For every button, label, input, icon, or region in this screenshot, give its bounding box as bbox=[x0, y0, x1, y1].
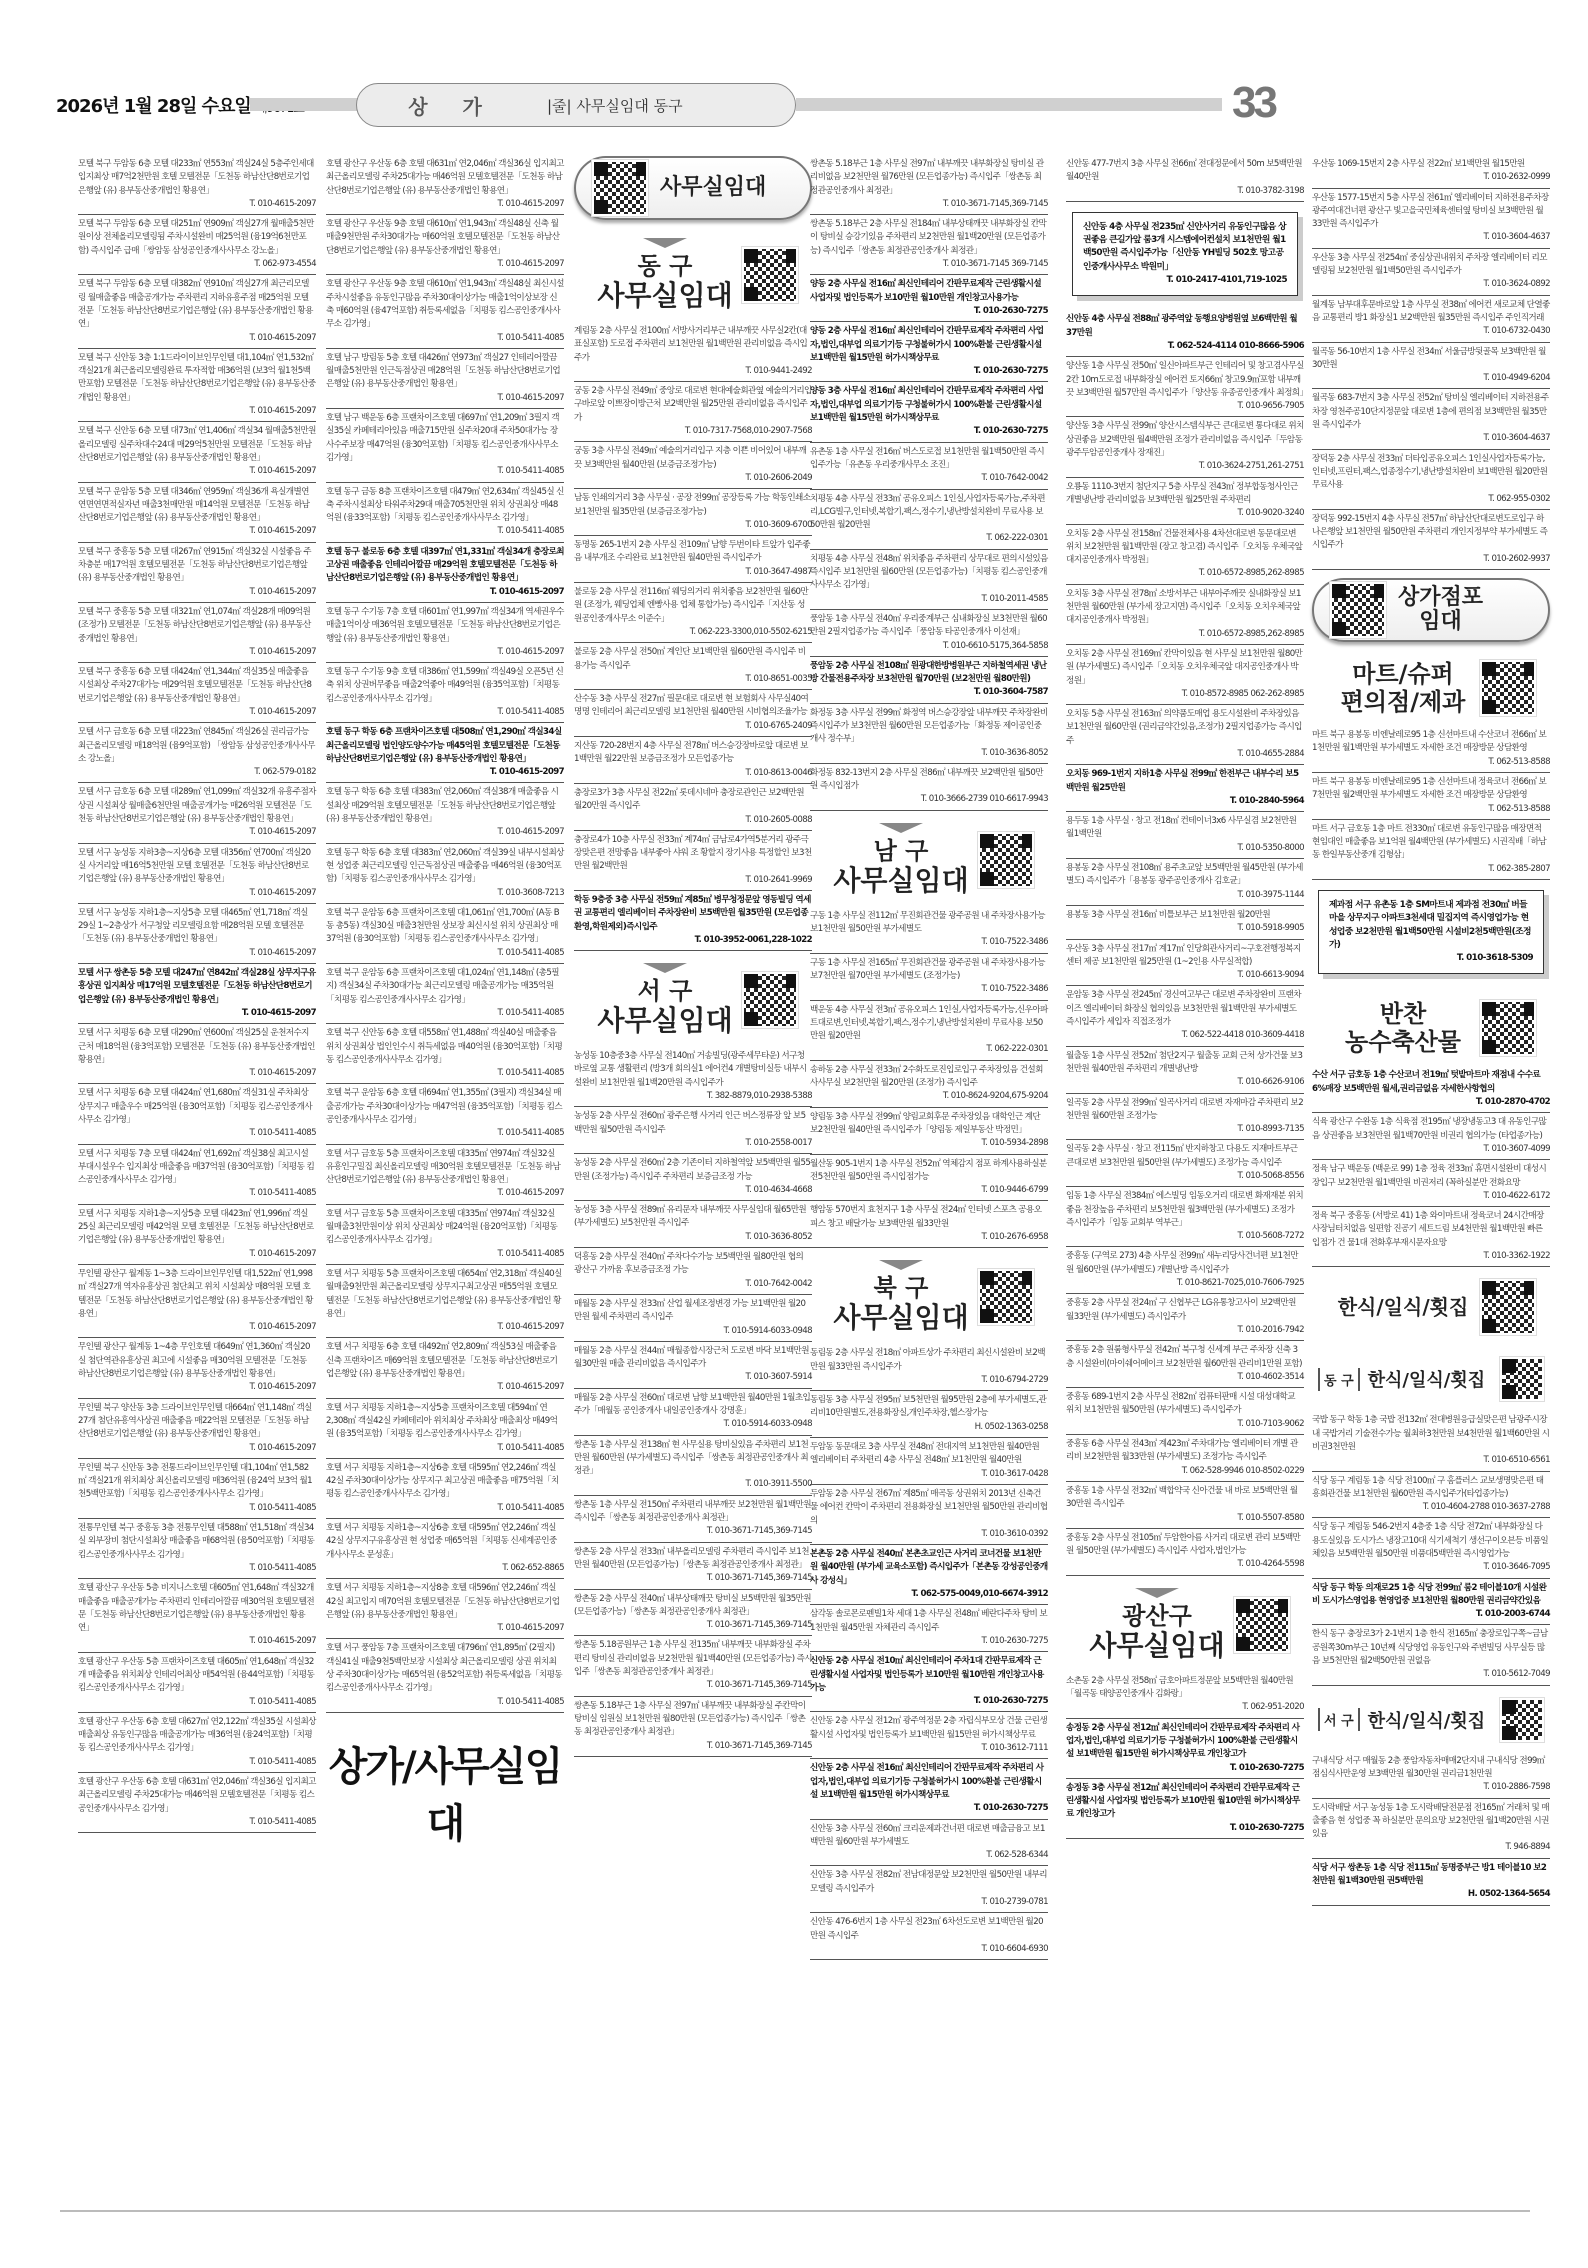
ad-phone[interactable]: T. 010-2676-6958 bbox=[810, 1231, 1048, 1244]
ad-phone[interactable]: T. 010-4615-2097 bbox=[78, 525, 316, 538]
ad-phone[interactable]: T. 010-2630-7275 bbox=[810, 1695, 1048, 1708]
ad-phone[interactable]: T. 010-3636-8052 bbox=[810, 747, 1048, 760]
ad-text: 두암동 2층 사무실 전67㎡ 계85㎡ 매곡동 상권위치 2013년 신축건물… bbox=[810, 1489, 1047, 1526]
classified-ad: 불로동 2층 사무실 전50㎡ 계인단 보1백만원 월60만원 즉시입주 비용가… bbox=[574, 643, 812, 690]
ad-phone[interactable]: T. 010-3671-7145,369-7145 bbox=[574, 1572, 812, 1585]
classified-ad: 호텔 서구 금호동 5층 프랜차이즈호텔 대335㎡ 연974㎡ 객실32실 월… bbox=[326, 1205, 564, 1265]
ad-phone[interactable]: T. 946-8894 bbox=[1312, 1841, 1550, 1854]
ad-phone[interactable]: T. 010-4615-2097 bbox=[326, 258, 564, 271]
ad-phone[interactable]: T. 010-4615-2097 bbox=[78, 1248, 316, 1261]
ad-phone[interactable]: T. 062-385-2807 bbox=[1312, 863, 1550, 876]
ad-phone[interactable]: T. 010-4615-2097 bbox=[78, 826, 316, 839]
classified-ad: 식당 서구 쌍촌동 1층 식당 전115㎡ 동명중부근 방1 테이블10 보2천… bbox=[1312, 1859, 1550, 1906]
classified-ad: 지산동 720-28번지 4층 사무실 전78㎡ 버스승강장바로앞 대로변 보1… bbox=[574, 737, 812, 784]
classified-ad: 용봉동 3층 사무실 전16㎡ 비틀보부근 보1천만원 월20만원T. 010-… bbox=[1066, 906, 1304, 940]
classified-ad: 화정동 3층 사무실 전99㎡ 화정역 버스승강장앞 내부깨끗 주차장완비 즉시… bbox=[810, 704, 1048, 764]
ad-text: 호텔 남구 방림동 5층 호텔 대426㎡ 연973㎡ 객실27 인테리어깔끔 … bbox=[326, 353, 560, 390]
classified-ad: 쌍촌동 1층 사무실 전150㎡ 주차편리 내부깨끗 보2천만원 월1백만원 즉… bbox=[574, 1496, 812, 1543]
ad-phone[interactable]: T. 010-4615-2097 bbox=[326, 1381, 564, 1394]
ad-phone[interactable]: T. 010-5411-4085 bbox=[326, 1127, 564, 1140]
ad-phone[interactable]: T. 062-575-0049,010-6674-3912 bbox=[810, 1588, 1048, 1601]
ad-phone[interactable]: T. 010-4615-2097 bbox=[78, 1067, 316, 1080]
ad-phone[interactable]: T. 010-2558-0017 bbox=[574, 1137, 812, 1150]
ad-phone[interactable]: T. 010-2630-7275 bbox=[1066, 1762, 1304, 1775]
ad-text: 쌍촌동 2층 사무실 전33㎡ 내부올리모델링 주차편리 즉시입주 보1천만원 … bbox=[574, 1547, 809, 1570]
ad-text: 호텔 동구 학동 6층 프랜차이즈호텔 대508㎡ 연1,290㎡ 객실34실 … bbox=[326, 727, 562, 764]
classified-ad: 호텔 서구 치평동 지하1층~지상8층 호텔 대596㎡ 연2,246㎡ 객실4… bbox=[326, 1579, 564, 1639]
ad-text: 모텔 북구 운암동 5층 모텔 대346㎡ 연959㎡ 객실36개 욕실개별연 … bbox=[78, 487, 309, 524]
ad-phone[interactable]: T. 010-3612-7111 bbox=[810, 1742, 1048, 1755]
qr-code-icon[interactable] bbox=[978, 1269, 1034, 1325]
ad-phone[interactable]: T. 010-5350-8000 bbox=[1066, 842, 1304, 855]
ad-phone[interactable]: T. 010-4615-2097 bbox=[326, 766, 564, 779]
ad-phone[interactable]: T. 010-4615-2097 bbox=[78, 1635, 316, 1648]
ad-phone[interactable]: T. 010-4615-2097 bbox=[326, 826, 564, 839]
qr-code-icon[interactable] bbox=[1330, 582, 1386, 638]
classified-ad: 농성동 10층중3층 사무실 전140㎡ 거송빌딩(광주세무타운) 서구청바로옆… bbox=[574, 1047, 812, 1107]
ad-phone[interactable]: T. 010-3608-7213 bbox=[326, 887, 564, 900]
classified-ad: 계림동 2층 사무실 전100㎡ 서방사거리부근 내부깨끗 사무실2칸(대표실포… bbox=[574, 322, 812, 382]
ad-text: 모텔 서구 치평동 6층 모텔 대424㎡ 연1,680㎡ 객실31실 주차최상… bbox=[78, 1088, 312, 1125]
ad-phone[interactable]: T. 010-4615-2097 bbox=[78, 405, 316, 418]
classified-ad: 모텔 서구 금호동 6층 모텔 대223㎡ 연845㎡ 객실26실 권리금가능 … bbox=[78, 723, 316, 783]
classified-ad: 월곡동 683-7번지 3층 사무실 전52㎡ 탕비실 엘리베이터 지하전용주차… bbox=[1312, 389, 1550, 449]
ad-text: 학동 9층중 3층 사무실 전59㎡ 계85㎡ 병무청정문앞 영동빌딩 역세권 … bbox=[574, 895, 811, 932]
ad-phone[interactable]: T. 010-4615-2097 bbox=[78, 646, 316, 659]
ad-phone[interactable]: T. 010-4615-2097 bbox=[78, 1381, 316, 1394]
ad-phone[interactable]: T. 010-5612-7049 bbox=[1312, 1668, 1550, 1681]
ad-phone[interactable]: T. 010-2870-4702 bbox=[1312, 1096, 1550, 1109]
classified-ad: 궁동 2층 사무실 전49㎡ 중앙로 대로변 현대예술회관옆 예술의거리입구바로… bbox=[574, 382, 812, 442]
classified-ad: 모텔 북구 두암동 6층 모텔 대251㎡ 연909㎡ 객실27개 월매출5천만… bbox=[78, 215, 316, 275]
qr-code-icon[interactable] bbox=[1480, 660, 1536, 716]
ad-text: 국밥 동구 학동 1층 국밥 전132㎡ 전대병원응급실맞은편 남광주시장내 국… bbox=[1312, 1415, 1549, 1452]
classified-ad: 신안동 476-6번지 1층 사무실 전23㎡ 6차선도로변 보1백만원 월20… bbox=[810, 1913, 1048, 1960]
ad-phone[interactable]: T. 062-524-4114 010-8666-5906 bbox=[1066, 340, 1304, 353]
ad-phone[interactable]: T. 010-2886-7598 bbox=[1312, 1781, 1550, 1794]
down-arrow-icon bbox=[1135, 1588, 1179, 1598]
ad-phone[interactable]: T. 010-2003-6744 bbox=[1312, 1608, 1550, 1621]
classified-ad: 마트 북구 용봉동 비엔날레로95 1층 신선마트내 정육코너 전66㎡ 보7천… bbox=[1312, 773, 1550, 820]
classified-ad: 모텔 북구 운암동 5층 모텔 대346㎡ 연959㎡ 객실36개 욕실개별연 … bbox=[78, 483, 316, 543]
ad-text: 마트 북구 용봉동 비엔날레로95 1층 신선마트내 정육코너 전66㎡ 보7천… bbox=[1312, 777, 1546, 800]
ad-phone[interactable]: T. 010-4615-2097 bbox=[78, 332, 316, 345]
classified-ad: 모텔 서구 쌍촌동 5층 모텔 대247㎡ 연842㎡ 객실28실 상무지구유흥… bbox=[78, 964, 316, 1024]
classified-ad: 호텔 북구 신안동 6층 호텔 대558㎡ 연1,488㎡ 객실40실 매출좋음… bbox=[326, 1024, 564, 1084]
ad-phone[interactable]: T. 010-3952-0061,228-1022 bbox=[574, 934, 812, 947]
ad-phone[interactable]: T. 010-5411-4085 bbox=[78, 1562, 316, 1575]
classified-ad: 동림동 2층 사무실 전18㎡ 아파트상가 주차편리 최신시설완비 보2백만원 … bbox=[810, 1344, 1048, 1391]
ad-text: 호텔 동구 금동 8층 프랜차이즈호텔 대479㎡ 연2,634㎡ 객실45실 … bbox=[326, 487, 564, 524]
ad-text: 식당 동구 계림동 546-2번지 4층중 1층 식당 전72㎡ 내부화장실 다… bbox=[1312, 1522, 1548, 1559]
ad-phone[interactable]: T. 010-5507-8580 bbox=[1066, 1512, 1304, 1525]
ad-phone[interactable]: T. 010-2417-4101,719-1025 bbox=[1083, 274, 1287, 287]
ad-text: 지산동 720-28번지 4층 사무실 전78㎡ 버스승강장바로앞 대로변 보1… bbox=[574, 741, 808, 764]
ad-phone[interactable]: T. 010-3671-7145,369-7145 bbox=[574, 1679, 812, 1692]
ad-text: 호텔 북구 운암동 6층 프랜차이즈호텔 대1,024㎡ 연1,148㎡ (총5… bbox=[326, 968, 559, 1005]
section-pill: 상 가 |줄| 사무실임대 동구 bbox=[356, 83, 796, 127]
ad-text: 호텔 동구 학동 6층 호텔 대383㎡ 연2,060㎡ 객실39실 내부시설최… bbox=[326, 848, 564, 885]
ad-phone[interactable]: T. 010-8572-8985 062-262-8985 bbox=[1066, 688, 1304, 701]
ad-text: 화정동 832-13번지 2층 사무실 전86㎡ 내부깨끗 보2백만원 월50만… bbox=[810, 768, 1043, 791]
ad-phone[interactable]: T. 010-4622-6172 bbox=[1312, 1190, 1550, 1203]
ad-phone[interactable]: T. 010-2632-0999 bbox=[1312, 171, 1550, 184]
classified-ad: 모텔 북구 중흥동 6층 모텔 대424㎡ 연1,344㎡ 객실35실 매출좋음… bbox=[78, 663, 316, 723]
ad-phone[interactable]: T. 010-9020-3240 bbox=[1066, 507, 1304, 520]
ad-phone[interactable]: T. 010-4615-2097 bbox=[78, 198, 316, 211]
ad-phone[interactable]: T. 010-5914-6033-0948 bbox=[574, 1418, 812, 1431]
qr-code-icon[interactable] bbox=[1234, 1597, 1290, 1653]
ad-text: 모텔 북구 두암동 6층 모텔 대233㎡ 연553㎡ 객실24실 5층주인세대… bbox=[78, 159, 314, 196]
ad-phone[interactable]: T. 010-5411-4085 bbox=[326, 1007, 564, 1020]
ad-phone[interactable]: T. 010-3624-0892 bbox=[1312, 278, 1550, 291]
ad-phone[interactable]: T. 010-6610-5175,364-5858 bbox=[810, 640, 1048, 653]
classified-ad: 쌍촌동 5.18부근 1층 사무실 전97㎡ 내부깨끗 내부화장실 탕비실 관리… bbox=[810, 155, 1048, 215]
classified-ad: 월곡동 56-10번지 1층 사무실 전34㎡ 서울금방뒷골목 보3백만원 월3… bbox=[1312, 343, 1550, 390]
ad-text: 쌍촌동 5.18부근 1층 사무실 전97㎡ 내부깨끗 내부화장실 탕비실 관리… bbox=[810, 159, 1044, 196]
section-header-seo-gu: 서 구 사무실임대 bbox=[574, 951, 812, 1047]
ad-phone[interactable]: T. 062-513-8588 bbox=[1312, 756, 1550, 769]
qr-code-icon[interactable] bbox=[1480, 1000, 1536, 1056]
ad-phone[interactable]: T. 062-522-4418 010-3609-4418 bbox=[1066, 1029, 1304, 1042]
ad-phone[interactable]: T. 010-7642-0042 bbox=[574, 1278, 812, 1291]
classified-ad: 용두동 1층 사무실 · 창고 전18㎡ 컨테이너3x6 사무실겸 보2천만원 … bbox=[1066, 812, 1304, 859]
ad-phone[interactable]: T. 010-4615-2097 bbox=[78, 1321, 316, 1334]
office-rental-pill-header: 사무실임대 bbox=[574, 156, 812, 220]
ad-text: 신안동 476-6번지 1층 사무실 전23㎡ 6차선도로변 보1백만원 월20… bbox=[810, 1917, 1043, 1940]
ad-text: 신안동 4층 사무실 전88㎡ 광주역앞 동행요양병원옆 보6백만원 월37만원 bbox=[1066, 314, 1297, 337]
ad-phone[interactable]: T. 062-579-0182 bbox=[78, 766, 316, 779]
classified-ad: 화정동 832-13번지 2층 사무실 전86㎡ 내부깨끗 보2백만원 월50만… bbox=[810, 764, 1048, 811]
ad-phone[interactable]: T. 010-5411-4085 bbox=[326, 465, 564, 478]
ad-phone[interactable]: T. 010-7522-3486 bbox=[810, 936, 1048, 949]
ad-phone[interactable]: T. 010-8613-0046 bbox=[574, 767, 812, 780]
classified-ad: 송정동 2층 사무실 전12㎡ 최신인테리어 간판무료제작 주차편리 사업자,법… bbox=[1066, 1719, 1304, 1779]
classified-ad: 모텔 북구 신안동 6층 모텔 대73㎡ 연1,406㎡ 객실34 월매출5천만… bbox=[78, 422, 316, 482]
classified-ad: 쌍촌동 5.18부근 1층 사무실 전97㎡ 내부깨끗 내부화장실 주칸막이 탕… bbox=[574, 1697, 812, 1757]
ad-phone[interactable]: T. 010-5411-4085 bbox=[78, 1187, 316, 1200]
ad-phone[interactable]: T. 010-3617-0428 bbox=[810, 1468, 1048, 1481]
ad-phone[interactable]: T. 010-2630-7275 bbox=[810, 305, 1048, 318]
ad-phone[interactable]: T. 010-5411-4085 bbox=[326, 1502, 564, 1515]
classified-ad: 장덕동 992-15번지 4층 사무실 전57㎡ 하남산단대로변도로입구 하나은… bbox=[1312, 510, 1550, 570]
ad-phone[interactable]: T. 010-5411-4085 bbox=[326, 1442, 564, 1455]
ad-phone[interactable]: T. 010-2605-0088 bbox=[574, 814, 812, 827]
ad-phone[interactable]: T. 010-2630-7275 bbox=[810, 425, 1048, 438]
ad-phone[interactable]: T. 062-513-8588 bbox=[1312, 803, 1550, 816]
ad-phone[interactable]: T. 010-4615-2097 bbox=[326, 1321, 564, 1334]
ad-text: 쌍촌동 5.18부근 1층 사무실 전97㎡ 내부깨끗 내부화장실 주칸막이 탕… bbox=[574, 1701, 805, 1738]
ad-phone[interactable]: T. 010-5411-4085 bbox=[326, 1696, 564, 1709]
classified-ad: 구동 1층 사무실 전165㎡ 무진회관건물 광주공원 내 주차장사용가능 보7… bbox=[810, 954, 1048, 1001]
classified-ad: 행암동 570번지 효천지구 1층 사무실 전24㎡ 인터넷 스포츠 공용오피스… bbox=[810, 1201, 1048, 1248]
ad-phone[interactable]: T. 010-3646-7095 bbox=[1312, 1561, 1550, 1574]
ad-phone[interactable]: T. 010-5068-8556 bbox=[1066, 1170, 1304, 1183]
classified-ad: 마트 북구 용봉동 비엔날레로95 1층 신선마트내 수산코너 전66㎡ 보1천… bbox=[1312, 726, 1550, 773]
ad-text: 식당 동구 계림동 1층 식당 전100㎡ 구 홈플러스 교보생명맞은편 태흥회… bbox=[1312, 1476, 1544, 1499]
qr-code-icon[interactable] bbox=[742, 247, 798, 303]
ad-phone[interactable]: T. 062-951-2020 bbox=[1066, 1701, 1304, 1714]
ad-phone[interactable]: T. 010-2630-7275 bbox=[810, 365, 1048, 378]
ad-phone[interactable]: T. 010-7642-0042 bbox=[810, 472, 1048, 485]
ad-phone[interactable]: T. 382-8879,010-2938-5388 bbox=[574, 1090, 812, 1103]
ad-phone[interactable]: T. 010-5411-4085 bbox=[326, 706, 564, 719]
ad-phone[interactable]: T. 062-955-0302 bbox=[1312, 493, 1550, 506]
ad-phone[interactable]: T. 010-3636-8052 bbox=[574, 1231, 812, 1244]
qr-code-icon[interactable] bbox=[742, 972, 798, 1028]
ad-phone[interactable]: T. 010-9446-6799 bbox=[810, 1184, 1048, 1197]
ad-phone[interactable]: T. 010-7103-9062 bbox=[1066, 1418, 1304, 1431]
ad-phone[interactable]: T. 010-2630-7275 bbox=[810, 1635, 1048, 1648]
ad-text: 송정동 2층 사무실 전12㎡ 최신인테리어 간판무료제작 주차편리 사업자,법… bbox=[1066, 1723, 1299, 1760]
ad-phone[interactable]: T. 010-3671-7145,369-7145 bbox=[574, 1525, 812, 1538]
ad-phone[interactable]: T. 010-4655-2884 bbox=[1066, 748, 1304, 761]
ad-phone[interactable]: T. 010-3609-6700 bbox=[574, 519, 812, 532]
classified-ad: 호텔 동구 학동 6층 호텔 대383㎡ 연2,060㎡ 객실38개 매출좋음 … bbox=[326, 783, 564, 843]
classified-ad: 신안동 2층 사무실 전12㎡ 광주역정문 2층 자립식부모상 건물 근린생활시… bbox=[810, 1712, 1048, 1759]
ad-phone[interactable]: T. 010-3624-2751,261-2751 bbox=[1066, 460, 1304, 473]
ad-text: 오치동 969-1번지 지하1층 사무실 전99㎡ 한전부근 내부수리 보5백만… bbox=[1066, 769, 1298, 792]
ad-phone[interactable]: T. 010-5411-4085 bbox=[78, 1502, 316, 1515]
ad-text: 호텔 광산구 우산동 5층 비지니스호텔 대605㎡ 연1,648㎡ 객실32개… bbox=[78, 1583, 314, 1633]
ad-text: 호텔 광산구 우산동 6층 호텔 대627㎡ 연2,122㎡ 객실35실 시설최… bbox=[78, 1717, 316, 1754]
column-1: 모텔 북구 두암동 6층 모텔 대233㎡ 연553㎡ 객실24실 5층주인세대… bbox=[78, 155, 316, 1833]
classified-ad: 송정동 3층 사무실 전12㎡ 최신인테리어 주차편리 간판무료제작 근린생활시… bbox=[1066, 1779, 1304, 1839]
ad-phone[interactable]: T. 010-3666-2739 010-6617-9943 bbox=[810, 793, 1048, 806]
classified-ad: 신안동 4층 사무실 전235㎡ 신안사거리 유동인구많음 상권좋음 큰길가앞 … bbox=[1072, 212, 1298, 296]
ad-phone[interactable]: T. 010-2606-2049 bbox=[574, 472, 812, 485]
store-rental-pill-header: 상가점포 임대 bbox=[1312, 578, 1550, 642]
ad-text: 모텔 서구 농성동 지하1층~지상5층 모텔 대465㎡ 연1,718㎡ 객실2… bbox=[78, 908, 308, 945]
ad-phone[interactable]: T. 010-4264-5598 bbox=[1066, 1558, 1304, 1571]
ad-phone[interactable]: T. 010-4949-6204 bbox=[1312, 372, 1550, 385]
classified-ad: 산수동 3층 사무실 전27㎡ 필문대로 대로변 현 보험회사 사무실40여명명… bbox=[574, 690, 812, 737]
ad-phone[interactable]: H. 0502-1364-5654 bbox=[1312, 1888, 1550, 1901]
ad-phone[interactable]: T. 010-4615-2097 bbox=[326, 1622, 564, 1635]
ad-phone[interactable]: T. 010-2840-5964 bbox=[1066, 795, 1304, 808]
ad-phone[interactable]: T. 010-4615-2097 bbox=[78, 1007, 316, 1020]
ad-text: 오룡동 1110-3번지 첨단지구 5층 사무실 전43㎡ 정부합동청사인근 개… bbox=[1066, 482, 1298, 505]
ad-phone[interactable]: T. 010-5411-4085 bbox=[326, 525, 564, 538]
ad-phone[interactable]: T. 062-528-6344 bbox=[810, 1849, 1048, 1862]
ad-phone[interactable]: T. 010-3610-0392 bbox=[810, 1528, 1048, 1541]
ad-phone[interactable]: T. 010-2641-9969 bbox=[574, 874, 812, 887]
ad-phone[interactable]: T. 010-8621-7025,010-7606-7925 bbox=[1066, 1277, 1304, 1290]
ad-phone[interactable]: T. 062-222-0301 bbox=[810, 532, 1048, 545]
classified-ad: 호텔 광산구 우산동 9층 호텔 대610㎡ 연1,943㎡ 객실48실 신축 … bbox=[326, 215, 564, 275]
subheader-dong-hansik: 동 구 한식/일식/횟집 bbox=[1312, 1345, 1550, 1411]
column-5: 신안동 477-7번지 3층 사무실 전66㎡ 전대정문에서 50m 보5백만원… bbox=[1066, 155, 1304, 1839]
ad-text: 쌍촌동 1층 사무실 전150㎡ 주차편리 내부깨끗 보2천만원 월1백만원 즉… bbox=[574, 1500, 811, 1523]
classified-ad: 오치동 969-1번지 지하1층 사무실 전99㎡ 한전부근 내부수리 보5백만… bbox=[1066, 765, 1304, 812]
qr-code-icon[interactable] bbox=[1480, 1279, 1536, 1335]
ad-phone[interactable]: T. 010-6604-6930 bbox=[810, 1943, 1048, 1956]
ad-text: 신안동 3층 사무실 전60㎡ 크리운제과건너편 대로변 매출금융고 보1백만원… bbox=[810, 1824, 1045, 1847]
classified-ad: 송하동 2층 사무실 전33㎡ 2수화도로진입로입구 주차장있음 건설회사사무실… bbox=[810, 1061, 1048, 1108]
ad-phone[interactable]: T. 010-6732-0430 bbox=[1312, 325, 1550, 338]
ad-phone[interactable]: T. 010-8993-7135 bbox=[1066, 1123, 1304, 1136]
ad-phone[interactable]: T. 010-8651-0035 bbox=[574, 673, 812, 686]
ad-phone[interactable]: T. 010-5411-4085 bbox=[326, 332, 564, 345]
ad-text: 동림동 2층 사무실 전18㎡ 아파트상가 주차편리 최신시설완비 보2백만원 … bbox=[810, 1348, 1045, 1371]
ad-phone[interactable]: T. 010-4615-2097 bbox=[78, 465, 316, 478]
ad-phone[interactable]: T. 010-6510-6561 bbox=[1312, 1454, 1550, 1467]
ad-phone[interactable]: T. 062-973-4554 bbox=[78, 258, 316, 271]
ad-phone[interactable]: T. 010-5411-4085 bbox=[78, 1756, 316, 1769]
ad-phone[interactable]: T. 010-7522-3486 bbox=[810, 983, 1048, 996]
ad-text: 오치동 2층 사무실 전169㎡ 칸막이있음 현 사무실 보1천만원 월80만원… bbox=[1066, 649, 1302, 686]
ad-phone[interactable]: T. 010-4602-3514 bbox=[1066, 1371, 1304, 1384]
ad-phone[interactable]: T. 010-4634-4668 bbox=[574, 1184, 812, 1197]
ad-text: 중흥동 2층 원룸형사무실 전42㎡ 북구청 신세계 부근 주차장 신축 3층 … bbox=[1066, 1345, 1302, 1368]
ad-phone[interactable]: T. 010-4615-2097 bbox=[78, 1442, 316, 1455]
classified-ad: 우산동 3층 사무실 전254㎡ 중심상권내위치 주차장 엘리베이터 리모델링됨… bbox=[1312, 249, 1550, 296]
ad-phone[interactable]: T. 010-4615-2097 bbox=[326, 1187, 564, 1200]
ad-phone[interactable]: T. 062-528-9946 010-8502-0229 bbox=[1066, 1465, 1304, 1478]
classified-ad: 운암동 3층 사무실 전245㎡ 경신여고부근 대로변 주차장완비 프랜차이즈 … bbox=[1066, 986, 1304, 1046]
classified-ad: 무인텔 광산구 월계동 1~4층 무인호텔 대649㎡ 연1,360㎡ 객실20… bbox=[78, 1338, 316, 1398]
classified-ad: 풍암동 1층 사무실 전40㎡ 우리중계부근 심내화장실 보3천만원 월60만원… bbox=[810, 610, 1048, 657]
ad-phone[interactable]: T. 010-4604-2788 010-3637-2788 bbox=[1312, 1501, 1550, 1514]
ad-phone[interactable]: T. 010-3671-7145 369-7145 bbox=[810, 258, 1048, 271]
classified-ad: 호텔 북구 운암동 6층 호텔 대694㎡ 연1,355㎡ (3필지) 객실34… bbox=[326, 1084, 564, 1144]
ad-phone[interactable]: T. 010-5411-4085 bbox=[78, 1816, 316, 1829]
ad-phone[interactable]: T. 010-4615-2097 bbox=[78, 887, 316, 900]
classified-ad: 도시락배달 서구 농성동 1층 도시락배달전문점 전165㎡ 거래처 및 매출좋… bbox=[1312, 1799, 1550, 1859]
ad-phone[interactable]: T. 010-6626-9106 bbox=[1066, 1076, 1304, 1089]
ad-phone[interactable]: T. 010-3607-4099 bbox=[1312, 1143, 1550, 1156]
section-name: 상 가 bbox=[357, 91, 547, 120]
classified-ad: 우산동 3층 사무실 전17㎡ 계17㎡ 인당회관사거리~구호전행정복지센터 제… bbox=[1066, 940, 1304, 987]
ad-phone[interactable]: T. 010-6765-2409 bbox=[574, 720, 812, 733]
ad-phone[interactable]: T. 010-4615-2097 bbox=[326, 392, 564, 405]
qr-code-icon[interactable] bbox=[592, 160, 648, 216]
ad-phone[interactable]: T. 010-4615-2097 bbox=[326, 198, 564, 211]
ad-text: 구내식당 서구 매월동 2층 풍암자동차매매2단지내 구내식당 전99㎡ 점심식… bbox=[1312, 1756, 1545, 1779]
ad-phone[interactable]: T. 010-6572-8985,262-8985 bbox=[1066, 628, 1304, 641]
classified-ad: 모텔 서구 치평동 6층 모텔 대290㎡ 연600㎡ 객실25실 운천저수지근… bbox=[78, 1024, 316, 1084]
ad-text: 농성동 10층중3층 사무실 전140㎡ 거송빌딩(광주세무타운) 서구청바로옆… bbox=[574, 1051, 807, 1088]
classified-ad: 치평동 4층 사무실 전33㎡ 공유오피스 1인실,사업자등록가능,주차편리,L… bbox=[810, 490, 1048, 550]
ad-phone[interactable]: T. 010-5914-6033-0948 bbox=[574, 1325, 812, 1338]
qr-code-icon[interactable] bbox=[1500, 1357, 1544, 1401]
classified-ad: 호텔 서구 금호동 5층 프랜차이즈호텔 대335㎡ 연974㎡ 객실32실 유… bbox=[326, 1145, 564, 1205]
ad-phone[interactable]: T. 062-652-8865 bbox=[326, 1562, 564, 1575]
ad-text: 궁동 3층 사무실 전49㎡ 예술의거리입구 지층 이쁜 비어있어 내부깨끗 보… bbox=[574, 446, 806, 469]
ad-phone[interactable]: T. 010-2016-7942 bbox=[1066, 1324, 1304, 1337]
ad-phone[interactable]: T. 010-5411-4085 bbox=[78, 1127, 316, 1140]
ad-phone[interactable]: T. 010-5918-9905 bbox=[1066, 922, 1304, 935]
classified-ad: 소촌동 2층 사무실 전58㎡ 금호아파트정문앞 보5백만원 월40만원「월곡동… bbox=[1066, 1672, 1304, 1719]
classified-ad: 유촌동 1층 사무실 전16㎡ 버스도로접 보1천만원 월1백50만원 즉시입주… bbox=[810, 443, 1048, 490]
ad-phone[interactable]: T. 010-7317-7568,010-2907-7568 bbox=[574, 425, 812, 438]
ad-text: 중흥동 6층 사무실 전43㎡ 계423㎡ 주차대가능 엘리베이터 개별 관리비… bbox=[1066, 1439, 1298, 1462]
ad-phone[interactable]: T. 010-4615-2097 bbox=[326, 646, 564, 659]
subsection-name: |줄| 사무실임대 동구 bbox=[547, 95, 683, 116]
ad-text: 모텔 북구 두암동 6층 모텔 대382㎡ 연910㎡ 객실27개 최근리모델링… bbox=[78, 279, 313, 329]
classified-ad: 호텔 동구 수기동 9층 호텔 대386㎡ 연1,599㎡ 객실49실 오픈5년… bbox=[326, 663, 564, 723]
ad-phone[interactable]: T. 010-3607-5914 bbox=[574, 1371, 812, 1384]
ad-text: 모텔 서구 치평동 7층 모텔 대424㎡ 연1,692㎡ 객실38실 최고시설… bbox=[78, 1149, 314, 1186]
ad-phone[interactable]: T. 062-222-0301 bbox=[810, 1043, 1048, 1056]
ad-phone[interactable]: T. 010-3604-4637 bbox=[1312, 432, 1550, 445]
classified-ad: 학동 9층중 3층 사무실 전59㎡ 계85㎡ 병무청정문앞 영동빌딩 역세권 … bbox=[574, 891, 812, 951]
classified-ad: 중흥동 1층 사무실 전32㎡ 백합약국 신아건물 내 바로 보5백만원 월30… bbox=[1066, 1482, 1304, 1529]
ad-text: 충장로4가 10층 사무실 전33㎡ 계74㎡ 금남로4가역5분거리 광주극장맞… bbox=[574, 835, 812, 872]
ad-phone[interactable]: T. 010-2602-9937 bbox=[1312, 553, 1550, 566]
column-6: 우산동 1069-15번지 2층 사무실 전22㎡ 보1백만원 월15만원T. … bbox=[1312, 155, 1550, 1906]
ad-phone[interactable]: T. 010-8624-9204,675-9204 bbox=[810, 1090, 1048, 1103]
ad-phone[interactable]: T. 010-5411-4085 bbox=[326, 1248, 564, 1261]
ad-phone[interactable]: T. 010-3671-7145,369-7145 bbox=[574, 1619, 812, 1632]
ad-phone[interactable]: T. 010-6794-2729 bbox=[810, 1374, 1048, 1387]
ad-phone[interactable]: T. 010-4615-2097 bbox=[326, 586, 564, 599]
ad-text: 호텔 광산구 우산동 9층 호텔 대610㎡ 연1,943㎡ 객실48실 신축 … bbox=[326, 219, 559, 256]
ad-phone[interactable]: T. 010-2011-4585 bbox=[810, 593, 1048, 606]
ad-text: 양산동 3층 사무실 전99㎡ 양산시스템식부근 큰대로변 통다대로 위치 상권… bbox=[1066, 421, 1304, 458]
ad-phone[interactable]: T. 010-3975-1144 bbox=[1066, 889, 1304, 902]
ad-phone[interactable]: T. 010-3911-5500 bbox=[574, 1478, 812, 1491]
ad-phone[interactable]: T. 010-5608-7272 bbox=[1066, 1230, 1304, 1243]
classified-ad: 남동 인쇄의거리 3층 사무실 · 공장 전99㎡ 공장등록 가능 학동인쇄소 … bbox=[574, 489, 812, 536]
ad-phone[interactable]: T. 010-3618-5309 bbox=[1329, 952, 1533, 965]
qr-code-icon[interactable] bbox=[1500, 1698, 1544, 1742]
classified-ad: 신안동 2층 사무실 전16㎡ 최신인테리어 간판무료제작 주차편리 사업자,법… bbox=[810, 1759, 1048, 1819]
header-bar-right bbox=[796, 98, 1222, 111]
classified-ad: 쌍촌동 1층 사무실 전138㎡ 현 사무실용 탕비실있음 주차편리 보1천만원… bbox=[574, 1436, 812, 1496]
ad-phone[interactable]: T. 010-9441-2492 bbox=[574, 365, 812, 378]
ad-phone[interactable]: T. 010-3604-7587 bbox=[810, 686, 1048, 699]
ad-text: 용봉동 3층 사무실 전16㎡ 비틀보부근 보1천만원 월20만원 bbox=[1066, 910, 1270, 920]
ad-text: 모텔 북구 신안동 3층 1:1드라이이브인무인텔 대1,104㎡ 연1,532… bbox=[78, 353, 316, 403]
ad-phone[interactable]: T. 010-5411-4085 bbox=[326, 947, 564, 960]
ad-text: 호텔 광산구 우산동 9층 호텔 대610㎡ 연1,943㎡ 객실48실 최신시… bbox=[326, 279, 564, 329]
ad-phone[interactable]: T. 010-2630-7275 bbox=[1066, 1822, 1304, 1835]
ad-phone[interactable]: T. 010-3362-1922 bbox=[1312, 1250, 1550, 1263]
ad-phone[interactable]: T. 062-223-3300,010-5502-6215 bbox=[574, 626, 812, 639]
ad-phone[interactable]: T. 010-9656-7905 bbox=[1066, 400, 1304, 413]
ad-phone[interactable]: T. 010-6572-8985,262-8985 bbox=[1066, 567, 1304, 580]
ad-text: 양산동 1층 사무실 전50㎡ 일신아파트부근 인테리어 및 창고겸사무실2칸 … bbox=[1066, 361, 1308, 398]
ad-text: 농성동 3층 사무실 전89㎡ 유리문자 내부깨끗 사무실임대 월65만원 (부… bbox=[574, 1205, 806, 1228]
classified-ad: 호텔 동구 수기동 7층 호텔 대601㎡ 연1,997㎡ 객실34개 역세권우… bbox=[326, 603, 564, 663]
ad-phone[interactable]: T. 010-3671-7145,369-7145 bbox=[810, 198, 1048, 211]
ad-phone[interactable]: T. 010-5934-2898 bbox=[810, 1137, 1048, 1150]
classified-ad: 양림동 3층 사무실 전99㎡ 양림교회후문 주차장있음 대학인근 계단 보2천… bbox=[810, 1108, 1048, 1155]
header-bar-left bbox=[250, 98, 360, 111]
ad-text: 호텔 남구 백운동 6층 프랜차이즈호텔 대697㎡ 연1,209㎡ 3필지 객… bbox=[326, 413, 559, 463]
ad-phone[interactable]: T. 010-3604-4637 bbox=[1312, 231, 1550, 244]
ad-text: 호텔 서구 풍암동 7층 프랜차이즈호텔 대796㎡ 연1,895㎡ (2필지)… bbox=[326, 1643, 562, 1693]
ad-phone[interactable]: T. 010-6613-9094 bbox=[1066, 969, 1304, 982]
ad-phone[interactable]: T. 010-3671-7145,369-7145 bbox=[574, 1740, 812, 1753]
ad-phone[interactable]: T. 010-4615-2097 bbox=[78, 706, 316, 719]
ad-phone[interactable]: T. 010-4615-2097 bbox=[78, 947, 316, 960]
ad-phone[interactable]: T. 010-2739-0781 bbox=[810, 1896, 1048, 1909]
ad-text: 구동 1층 사무실 전165㎡ 무진회관건물 광주공원 내 주차장사용가능 보7… bbox=[810, 958, 1045, 981]
ad-phone[interactable]: T. 010-3647-4987 bbox=[574, 566, 812, 579]
ad-phone[interactable]: T. 010-3782-3198 bbox=[1066, 185, 1304, 198]
classified-ad: 구동 1층 사무실 전112㎡ 무진회관건물 광주공원 내 주차장사용가능 보1… bbox=[810, 907, 1048, 954]
ad-phone[interactable]: T. 010-2630-7275 bbox=[810, 1802, 1048, 1815]
ad-text: 모텔 서구 치평동 6층 모텔 대290㎡ 연600㎡ 객실25실 운천저수지근… bbox=[78, 1028, 315, 1065]
ad-phone[interactable]: T. 010-4615-2097 bbox=[78, 586, 316, 599]
ad-phone[interactable]: T. 010-5411-4085 bbox=[326, 1067, 564, 1080]
classified-ad: 매월동 2층 사무실 전44㎡ 매월종합시장근처 도로변 바닥 보1백만원 월3… bbox=[574, 1342, 812, 1389]
qr-code-icon[interactable] bbox=[978, 832, 1034, 888]
ad-phone[interactable]: H. 0502-1363-0258 bbox=[810, 1421, 1048, 1434]
ad-phone[interactable]: T. 010-5411-4085 bbox=[78, 1696, 316, 1709]
